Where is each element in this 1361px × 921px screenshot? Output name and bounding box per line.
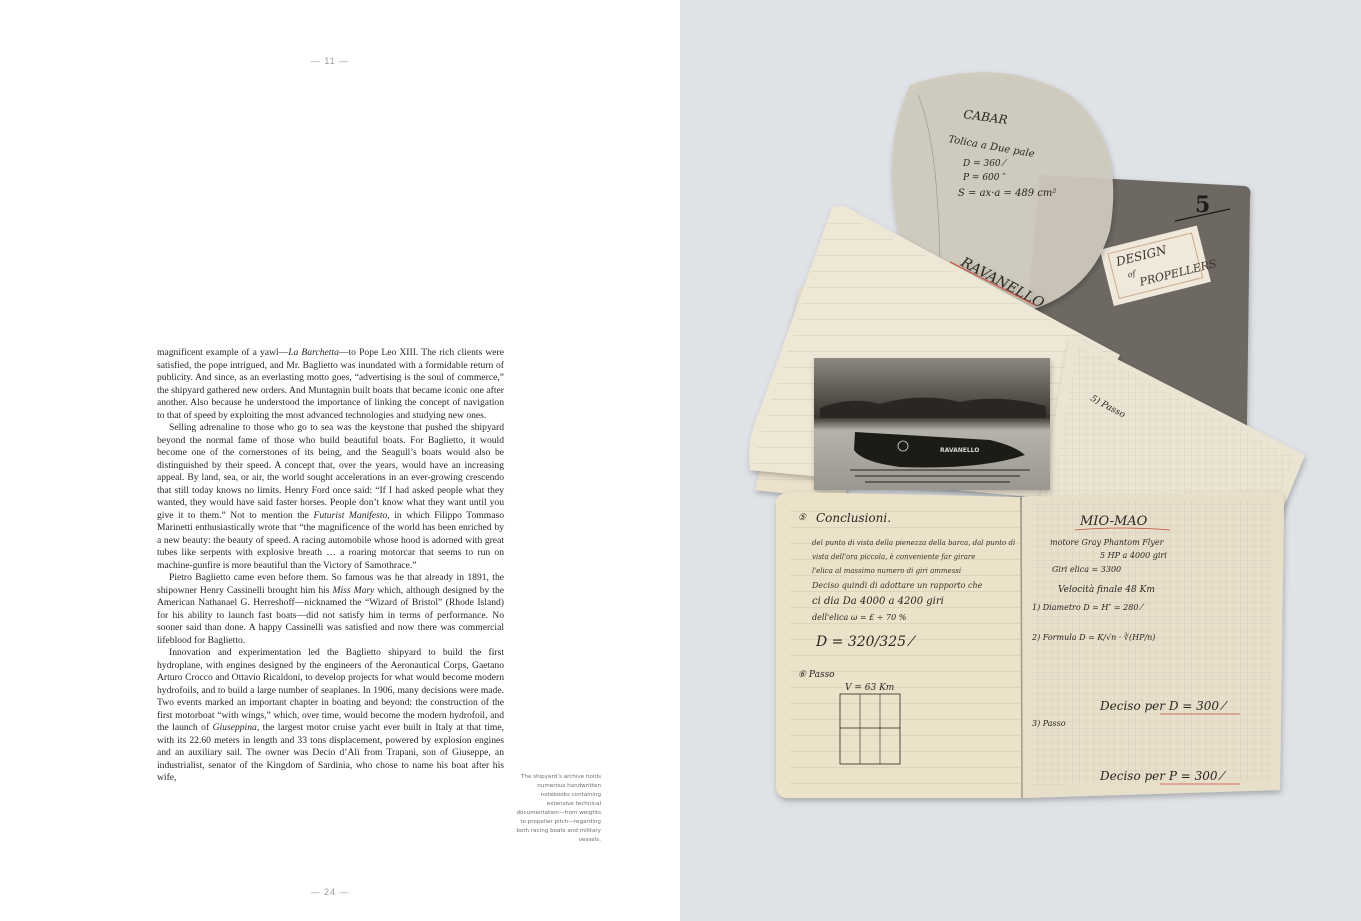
svg-text:del punto di vista della piene: del punto di vista della pienezza della … bbox=[812, 539, 1015, 547]
svg-text:5 HP a 4000 giri: 5 HP a 4000 giri bbox=[1100, 551, 1167, 560]
svg-text:D = 320/325 ⁄: D = 320/325 ⁄ bbox=[815, 634, 916, 650]
svg-text:vista dell'ora piccola, è conv: vista dell'ora piccola, è conveniente fa… bbox=[812, 553, 975, 561]
svg-text:S = ax·a = 489 cm²: S = ax·a = 489 cm² bbox=[958, 188, 1056, 199]
svg-text:Velocità finale 48 Km: Velocità finale 48 Km bbox=[1058, 584, 1155, 595]
svg-text:Giri elica = 3300: Giri elica = 3300 bbox=[1052, 565, 1121, 574]
svg-text:RAVANELLO: RAVANELLO bbox=[940, 447, 979, 454]
svg-text:Deciso quindi di adottare un r: Deciso quindi di adottare un rapporto ch… bbox=[811, 581, 983, 590]
photo-caption: The shipyard’s archive holds numerous ha… bbox=[514, 773, 601, 845]
svg-text:P = 600 ″: P = 600 ″ bbox=[962, 173, 1006, 183]
page-number: — 24 — bbox=[0, 887, 660, 897]
racing-boat-photo: RAVANELLO bbox=[814, 358, 1050, 490]
svg-text:motore Gray Phantom Flyer: motore Gray Phantom Flyer bbox=[1050, 538, 1165, 547]
svg-text:l'elica al massimo numero di g: l'elica al massimo numero di giri ammess… bbox=[812, 567, 961, 575]
body-paragraph: magnificent example of a yawl—La Barchet… bbox=[157, 347, 504, 422]
svg-text:D = 360 ⁄: D = 360 ⁄ bbox=[962, 159, 1008, 169]
notebooks-photograph: 5 DESIGN of PROPELLERS CABAR Tolica a Du… bbox=[680, 0, 1361, 921]
svg-text:⑤: ⑤ bbox=[798, 513, 807, 523]
svg-text:Conclusioni.: Conclusioni. bbox=[816, 511, 891, 525]
right-page: 5 DESIGN of PROPELLERS CABAR Tolica a Du… bbox=[680, 0, 1361, 921]
svg-text:2) Formula D = K/√n · ∛(HP/: 2) Formula D = K/√n · ∛(HP/n) bbox=[1031, 632, 1155, 642]
left-page: — 11 — magnificent example of a yawl—La … bbox=[0, 0, 680, 921]
body-text: magnificent example of a yawl—La Barchet… bbox=[157, 347, 504, 785]
svg-text:V = 63 Km: V = 63 Km bbox=[845, 683, 894, 693]
svg-text:1) Diametro D = H″ = 280: 1) Diametro D = H″ = 280 ⁄ bbox=[1032, 603, 1145, 612]
body-paragraph: Pietro Baglietto came even before them. … bbox=[157, 572, 504, 647]
body-paragraph: Selling adrenaline to those who go to se… bbox=[157, 422, 504, 572]
svg-text:MIO-MAO: MIO-MAO bbox=[1079, 514, 1148, 529]
svg-text:Deciso per P = 300 ⁄: Deciso per P = 300 ⁄ bbox=[1099, 769, 1227, 783]
svg-text:3) Passo: 3) Passo bbox=[1032, 719, 1066, 728]
running-folio: — 11 — bbox=[0, 56, 660, 66]
svg-text:Deciso per D = 300 ⁄: Deciso per D = 300 ⁄ bbox=[1099, 699, 1229, 713]
svg-text:dell'elica ω = £ ÷ 70: dell'elica ω = £ ÷ 70 % bbox=[812, 613, 907, 622]
body-paragraph: Innovation and experimentation led the B… bbox=[157, 647, 504, 785]
svg-text:⑥ Passo: ⑥ Passo bbox=[798, 670, 835, 680]
svg-text:ci dia Da 4000 a 4200 giri: ci dia Da 4000 a 4200 giri bbox=[812, 596, 944, 607]
